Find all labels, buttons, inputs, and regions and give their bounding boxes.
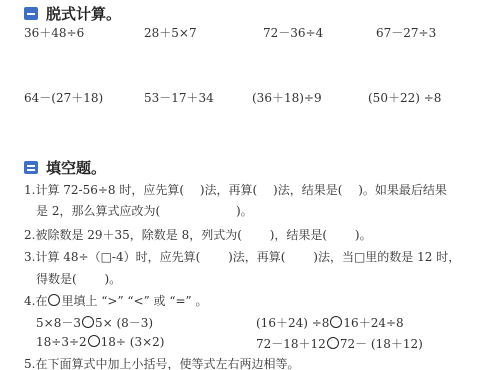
compare-right: 72－ (18＋12) [340,337,423,351]
compare-left: 72－18＋12 [256,337,326,351]
compare-item: (16＋24) ÷816＋24÷8 [256,314,404,331]
compare-item: 72－18＋1272－ (18＋12) [256,335,423,352]
expression: 64－(27＋18) [24,89,103,106]
question-4: 4.在里填上 “>” “<” 或 “=” 。 [24,292,208,309]
question-1-line-1: 1.计算 72-56÷8 时，应先算( )法，再算( )法，结果是( )。如果最… [24,181,447,198]
compare-left: 18÷3÷2 [36,335,87,349]
expression: (36＋18)÷9 [252,89,322,106]
compare-circle-blank[interactable] [88,335,100,347]
expression: (50＋22) ÷8 [368,89,441,106]
compare-item: 5×8－35× (8－3) [36,314,153,331]
section-title: 脱式计算。 [46,3,121,24]
question-3-line-1: 3.计算 48÷（□-4）时，应先算( )法，再算( )法，当□里的数是 12 … [24,248,460,265]
compare-item: 18÷3÷218÷ (3×2) [36,335,164,349]
question-1-line-2: 是 2，那么算式应改为( )。 [36,202,253,219]
section-one-icon [24,7,38,20]
question-3-line-2: 得数是( )。 [36,270,121,287]
compare-right: 5× (8－3) [95,316,153,330]
question-4-prefix: 4.在 [24,294,47,308]
section-heading-calc: 脱式计算。 [24,3,121,24]
question-5: 5.在下面算式中加上小括号，使等式左右两边相等。 [24,355,299,370]
compare-circle-blank[interactable] [327,337,339,349]
expression: 36＋48÷6 [24,24,84,41]
section-title: 填空题。 [46,157,106,178]
expression: 53－17＋34 [144,89,214,106]
compare-right: 18÷ (3×2) [101,335,165,349]
question-4-suffix: 里填上 “>” “<” 或 “=” 。 [61,294,207,308]
expression: 67－27÷3 [376,24,436,41]
compare-circle-blank[interactable] [82,316,94,328]
compare-right: 16＋24÷8 [343,316,403,330]
section-two-icon [24,161,38,174]
question-2: 2.被除数是 29＋35，除数是 8，列式为( )，结果是( )。 [24,226,372,243]
compare-circle-blank[interactable] [330,316,342,328]
circle-icon [48,294,60,306]
compare-left: (16＋24) ÷8 [256,316,329,330]
expression: 72－36÷4 [263,24,323,41]
section-heading-fill: 填空题。 [24,157,106,178]
expression: 28＋5×7 [144,24,197,41]
compare-left: 5×8－3 [36,316,81,330]
